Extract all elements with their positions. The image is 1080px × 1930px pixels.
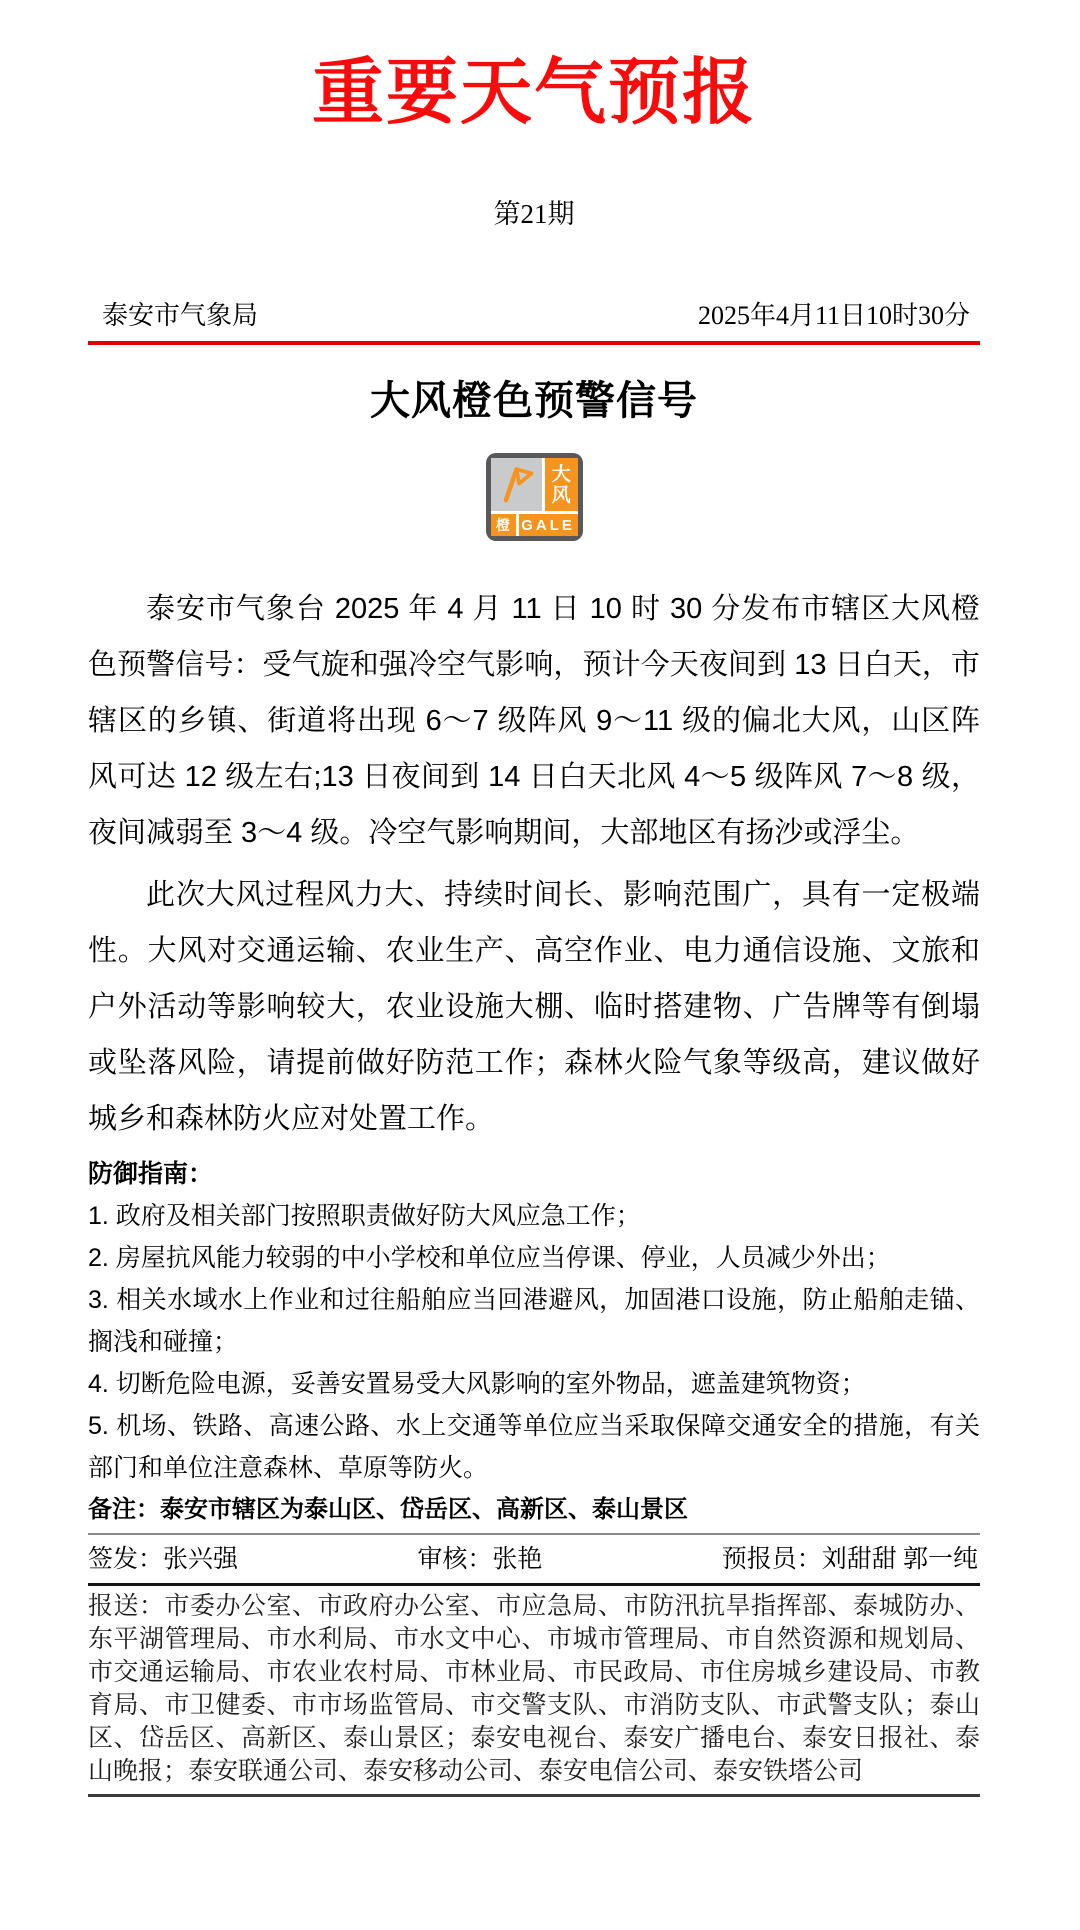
impact-paragraph: 此次大风过程风力大、持续时间长、影响范围广，具有一定极端性。大风对交通运输、农业… — [88, 867, 980, 1147]
signoff-row: 签发：张兴强 审核：张艳 预报员：刘甜甜 郭一纯 — [88, 1535, 980, 1583]
reviewer-name: 张艳 — [492, 1546, 542, 1573]
issue-datetime: 2025年4月11日10时30分 — [698, 300, 970, 331]
issuer-label: 签发： — [88, 1546, 163, 1573]
forecaster-label: 预报员： — [722, 1546, 822, 1573]
forecaster-field: 预报员：刘甜甜 郭一纯 — [722, 1543, 978, 1576]
guide-item-3: 3. 相关水域水上作业和过往船舶应当回港避风，加固港口设施，防止船舶走锚、搁浅和… — [88, 1279, 980, 1363]
remark-line: 备注：泰安市辖区为泰山区、岱岳区、高新区、泰山景区 — [88, 1495, 980, 1525]
weather-bulletin-page: 重要天气预报 第21期 泰安市气象局 2025年4月11日10时30分 大风橙色… — [0, 52, 1080, 1797]
guide-item-1: 1. 政府及相关部门按照职责做好防大风应急工作； — [88, 1195, 980, 1237]
warning-type-char-1: 大 — [552, 464, 571, 485]
warning-english-label: GALE — [519, 514, 578, 536]
guide-item-5: 5. 机场、铁路、高速公路、水上交通等单位应当采取保障交通安全的措施，有关部门和… — [88, 1405, 980, 1489]
warning-icon-grid: 大 风 橙 GALE — [491, 458, 578, 536]
agency-name: 泰安市气象局 — [102, 300, 258, 331]
forecast-paragraph: 泰安市气象台 2025 年 4 月 11 日 10 时 30 分发布市辖区大风橙… — [88, 581, 980, 861]
guide-item-2: 2. 房屋抗风能力较弱的中小学校和单位应当停课、停业，人员减少外出； — [88, 1237, 980, 1279]
warning-icon-top-row: 大 风 — [491, 458, 578, 511]
wind-flag-icon — [491, 458, 542, 511]
distribution-label: 报送： — [88, 1593, 165, 1620]
bottom-divider-line — [88, 1794, 980, 1797]
forecaster-names: 刘甜甜 郭一纯 — [822, 1546, 978, 1573]
warning-level-badge: 橙 — [491, 514, 516, 536]
warning-icon-bottom-row: 橙 GALE — [491, 514, 578, 536]
agency-row: 泰安市气象局 2025年4月11日10时30分 — [88, 300, 980, 331]
warning-icon-container: 大 风 橙 GALE — [88, 453, 980, 541]
defense-guide-heading: 防御指南： — [88, 1153, 980, 1195]
red-divider-line — [88, 341, 980, 345]
distribution-list: 报送：市委办公室、市政府办公室、市应急局、市防汛抗旱指挥部、泰城防办、东平湖管理… — [88, 1590, 980, 1788]
warning-type-label: 大 风 — [545, 458, 578, 511]
remark-label: 备注： — [88, 1496, 160, 1523]
issuer-field: 签发：张兴强 — [88, 1543, 238, 1576]
issue-number: 第21期 — [88, 201, 980, 228]
reviewer-field: 审核：张艳 — [417, 1543, 542, 1576]
remark-text: 泰安市辖区为泰山区、岱岳区、高新区、泰山景区 — [160, 1496, 688, 1523]
black-divider-line — [88, 1583, 980, 1586]
warning-signal-heading: 大风橙色预警信号 — [88, 379, 980, 423]
bulletin-title: 重要天气预报 — [88, 52, 980, 135]
defense-guide: 防御指南： 1. 政府及相关部门按照职责做好防大风应急工作； 2. 房屋抗风能力… — [88, 1153, 980, 1489]
gale-orange-warning-icon: 大 风 橙 GALE — [486, 453, 583, 541]
issuer-name: 张兴强 — [163, 1546, 238, 1573]
guide-item-4: 4. 切断危险电源，妥善安置易受大风影响的室外物品，遮盖建筑物资； — [88, 1363, 980, 1405]
reviewer-label: 审核： — [417, 1546, 492, 1573]
distribution-text: 市委办公室、市政府办公室、市应急局、市防汛抗旱指挥部、泰城防办、东平湖管理局、市… — [88, 1593, 980, 1785]
warning-type-char-2: 风 — [552, 485, 571, 506]
